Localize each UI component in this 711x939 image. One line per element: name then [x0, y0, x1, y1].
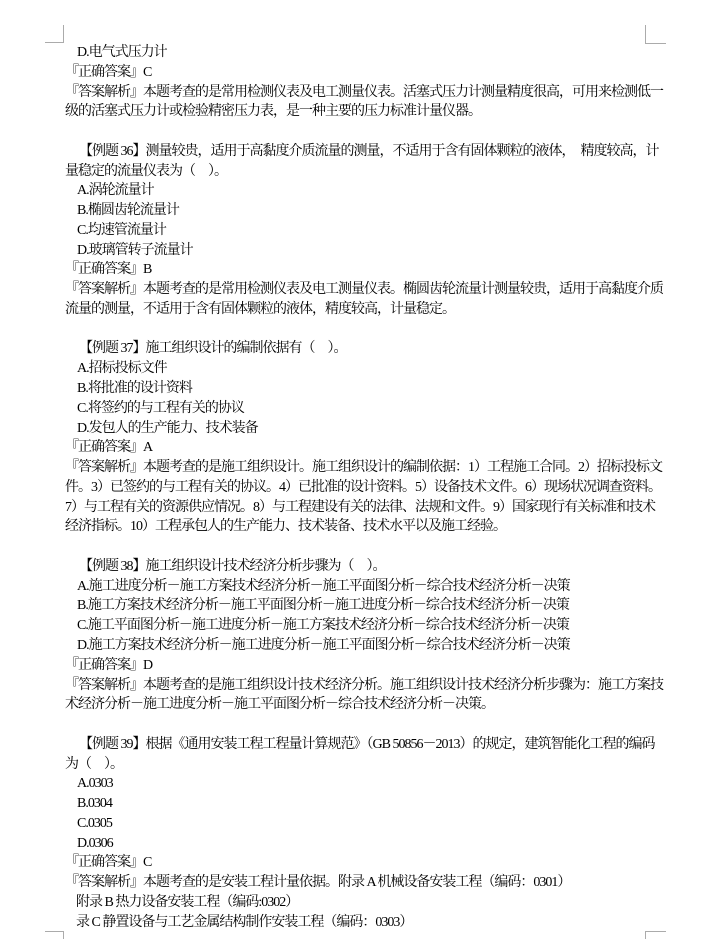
document-text: D.电气式压力计 『正确答案』C 『答案解析』本题考查的是常用检测仪表及电工测量… [65, 43, 647, 932]
option-line: D.施工方案技术经济分析－施工进度分析－施工平面图分析－综合技术经济分析－决策 [65, 636, 647, 656]
correct-answer-line: 『正确答案』A [65, 438, 647, 458]
option-line: B.将批准的设计资料 [65, 379, 647, 399]
question-stem-line: 【例题 37】施工组织设计的编制依据有（ ）。 [65, 339, 647, 359]
option-line: B.椭圆齿轮流量计 [65, 201, 647, 221]
crop-mark-bottom-left [45, 931, 64, 939]
question-stem-line: 【例题 39】根据《通用安装工程工程量计算规范》（GB 50856－2013）的… [65, 735, 647, 755]
paragraph-gap [65, 715, 647, 735]
option-line: D.0306 [65, 834, 647, 854]
option-line: D.电气式压力计 [65, 43, 647, 63]
analysis-line: 件。3）已签约的与工程有关的协议。4）已批准的设计资料。5）设备技术文件。6）现… [65, 478, 647, 498]
option-line: C.将签约的与工程有关的协议 [65, 399, 647, 419]
option-line: A.涡轮流量计 [65, 181, 647, 201]
question-stem-line: 【例题 36】测量较贵，适用于高黏度介质流量的测量，不适用于含有固体颗粒的液体，… [65, 142, 647, 162]
option-line: D.发包人的生产能力、技术装备 [65, 419, 647, 439]
analysis-line: 术经济分析－施工进度分析－施工平面图分析－综合技术经济分析－决策。 [65, 695, 647, 715]
correct-answer-line: 『正确答案』B [65, 260, 647, 280]
analysis-line: 级的活塞式压力计或检验精密压力表，是一种主要的压力标准计量仪器。 [65, 102, 647, 122]
question-block-37: 【例题 37】施工组织设计的编制依据有（ ）。 A.招标投标文件 B.将批准的设… [65, 339, 647, 537]
question-block-36: 【例题 36】测量较贵，适用于高黏度介质流量的测量，不适用于含有固体颗粒的液体，… [65, 142, 647, 320]
analysis-line: 『答案解析』本题考查的是常用检测仪表及电工测量仪表。椭圆齿轮流量计测量较贵，适用… [65, 280, 647, 300]
option-line: A.招标投标文件 [65, 359, 647, 379]
analysis-line: 『答案解析』本题考查的是施工组织设计。施工组织设计的编制依据：1）工程施工合同。… [65, 458, 647, 478]
question-block-38: 【例题 38】施工组织设计技术经济分析步骤为（ ）。 A.施工进度分析－施工方案… [65, 557, 647, 715]
option-line: A.施工进度分析－施工方案技术经济分析－施工平面图分析－综合技术经济分析－决策 [65, 577, 647, 597]
option-line: C.施工平面图分析－施工进度分析－施工方案技术经济分析－综合技术经济分析－决策 [65, 616, 647, 636]
option-line: A.0303 [65, 774, 647, 794]
option-line: C.0305 [65, 814, 647, 834]
option-line: C.均速管流量计 [65, 221, 647, 241]
correct-answer-line: 『正确答案』C [65, 853, 647, 873]
crop-mark-top-left [45, 25, 64, 43]
previous-question-tail: D.电气式压力计 『正确答案』C 『答案解析』本题考查的是常用检测仪表及电工测量… [65, 43, 647, 122]
option-line: B.0304 [65, 794, 647, 814]
paragraph-gap [65, 122, 647, 142]
option-line: B.施工方案技术经济分析－施工平面图分析－施工进度分析－综合技术经济分析－决策 [65, 596, 647, 616]
analysis-line: 经济指标。10）工程承包人的生产能力、技术装备、技术水平以及施工经验。 [65, 517, 647, 537]
analysis-line: 『答案解析』本题考查的是安装工程计量依据。附录 A 机械设备安装工程（编码：03… [65, 873, 647, 893]
analysis-line: 7）与工程有关的资源供应情况。8）与工程建设有关的法律、法规和文件。9）国家现行… [65, 498, 647, 518]
analysis-line: 『答案解析』本题考查的是常用检测仪表及电工测量仪表。活塞式压力计测量精度很高，可… [65, 83, 647, 103]
paragraph-gap [65, 537, 647, 557]
correct-answer-line: 『正确答案』D [65, 656, 647, 676]
question-block-39: 【例题 39】根据《通用安装工程工程量计算规范》（GB 50856－2013）的… [65, 735, 647, 933]
annex-line: 录 C 静置设备与工艺金属结构制作安装工程（编码：0303） [65, 913, 647, 933]
correct-answer-line: 『正确答案』C [65, 63, 647, 83]
annex-line: 附录 B 热力设备安装工程（编码:0302） [65, 893, 647, 913]
crop-mark-top-right [645, 25, 666, 44]
paragraph-gap [65, 320, 647, 340]
question-stem-line: 【例题 38】施工组织设计技术经济分析步骤为（ ）。 [65, 557, 647, 577]
question-stem-line: 为（ ）。 [65, 755, 647, 775]
analysis-line: 『答案解析』本题考查的是施工组织设计技术经济分析。施工组织设计技术经济分析步骤为… [65, 676, 647, 696]
crop-mark-bottom-right [645, 931, 666, 939]
option-line: D.玻璃管转子流量计 [65, 241, 647, 261]
question-stem-line: 量稳定的流量仪表为（ ）。 [65, 162, 647, 182]
analysis-line: 流量的测量，不适用于含有固体颗粒的液体，精度较高，计量稳定。 [65, 300, 647, 320]
document-page: D.电气式压力计 『正确答案』C 『答案解析』本题考查的是常用检测仪表及电工测量… [0, 0, 711, 939]
